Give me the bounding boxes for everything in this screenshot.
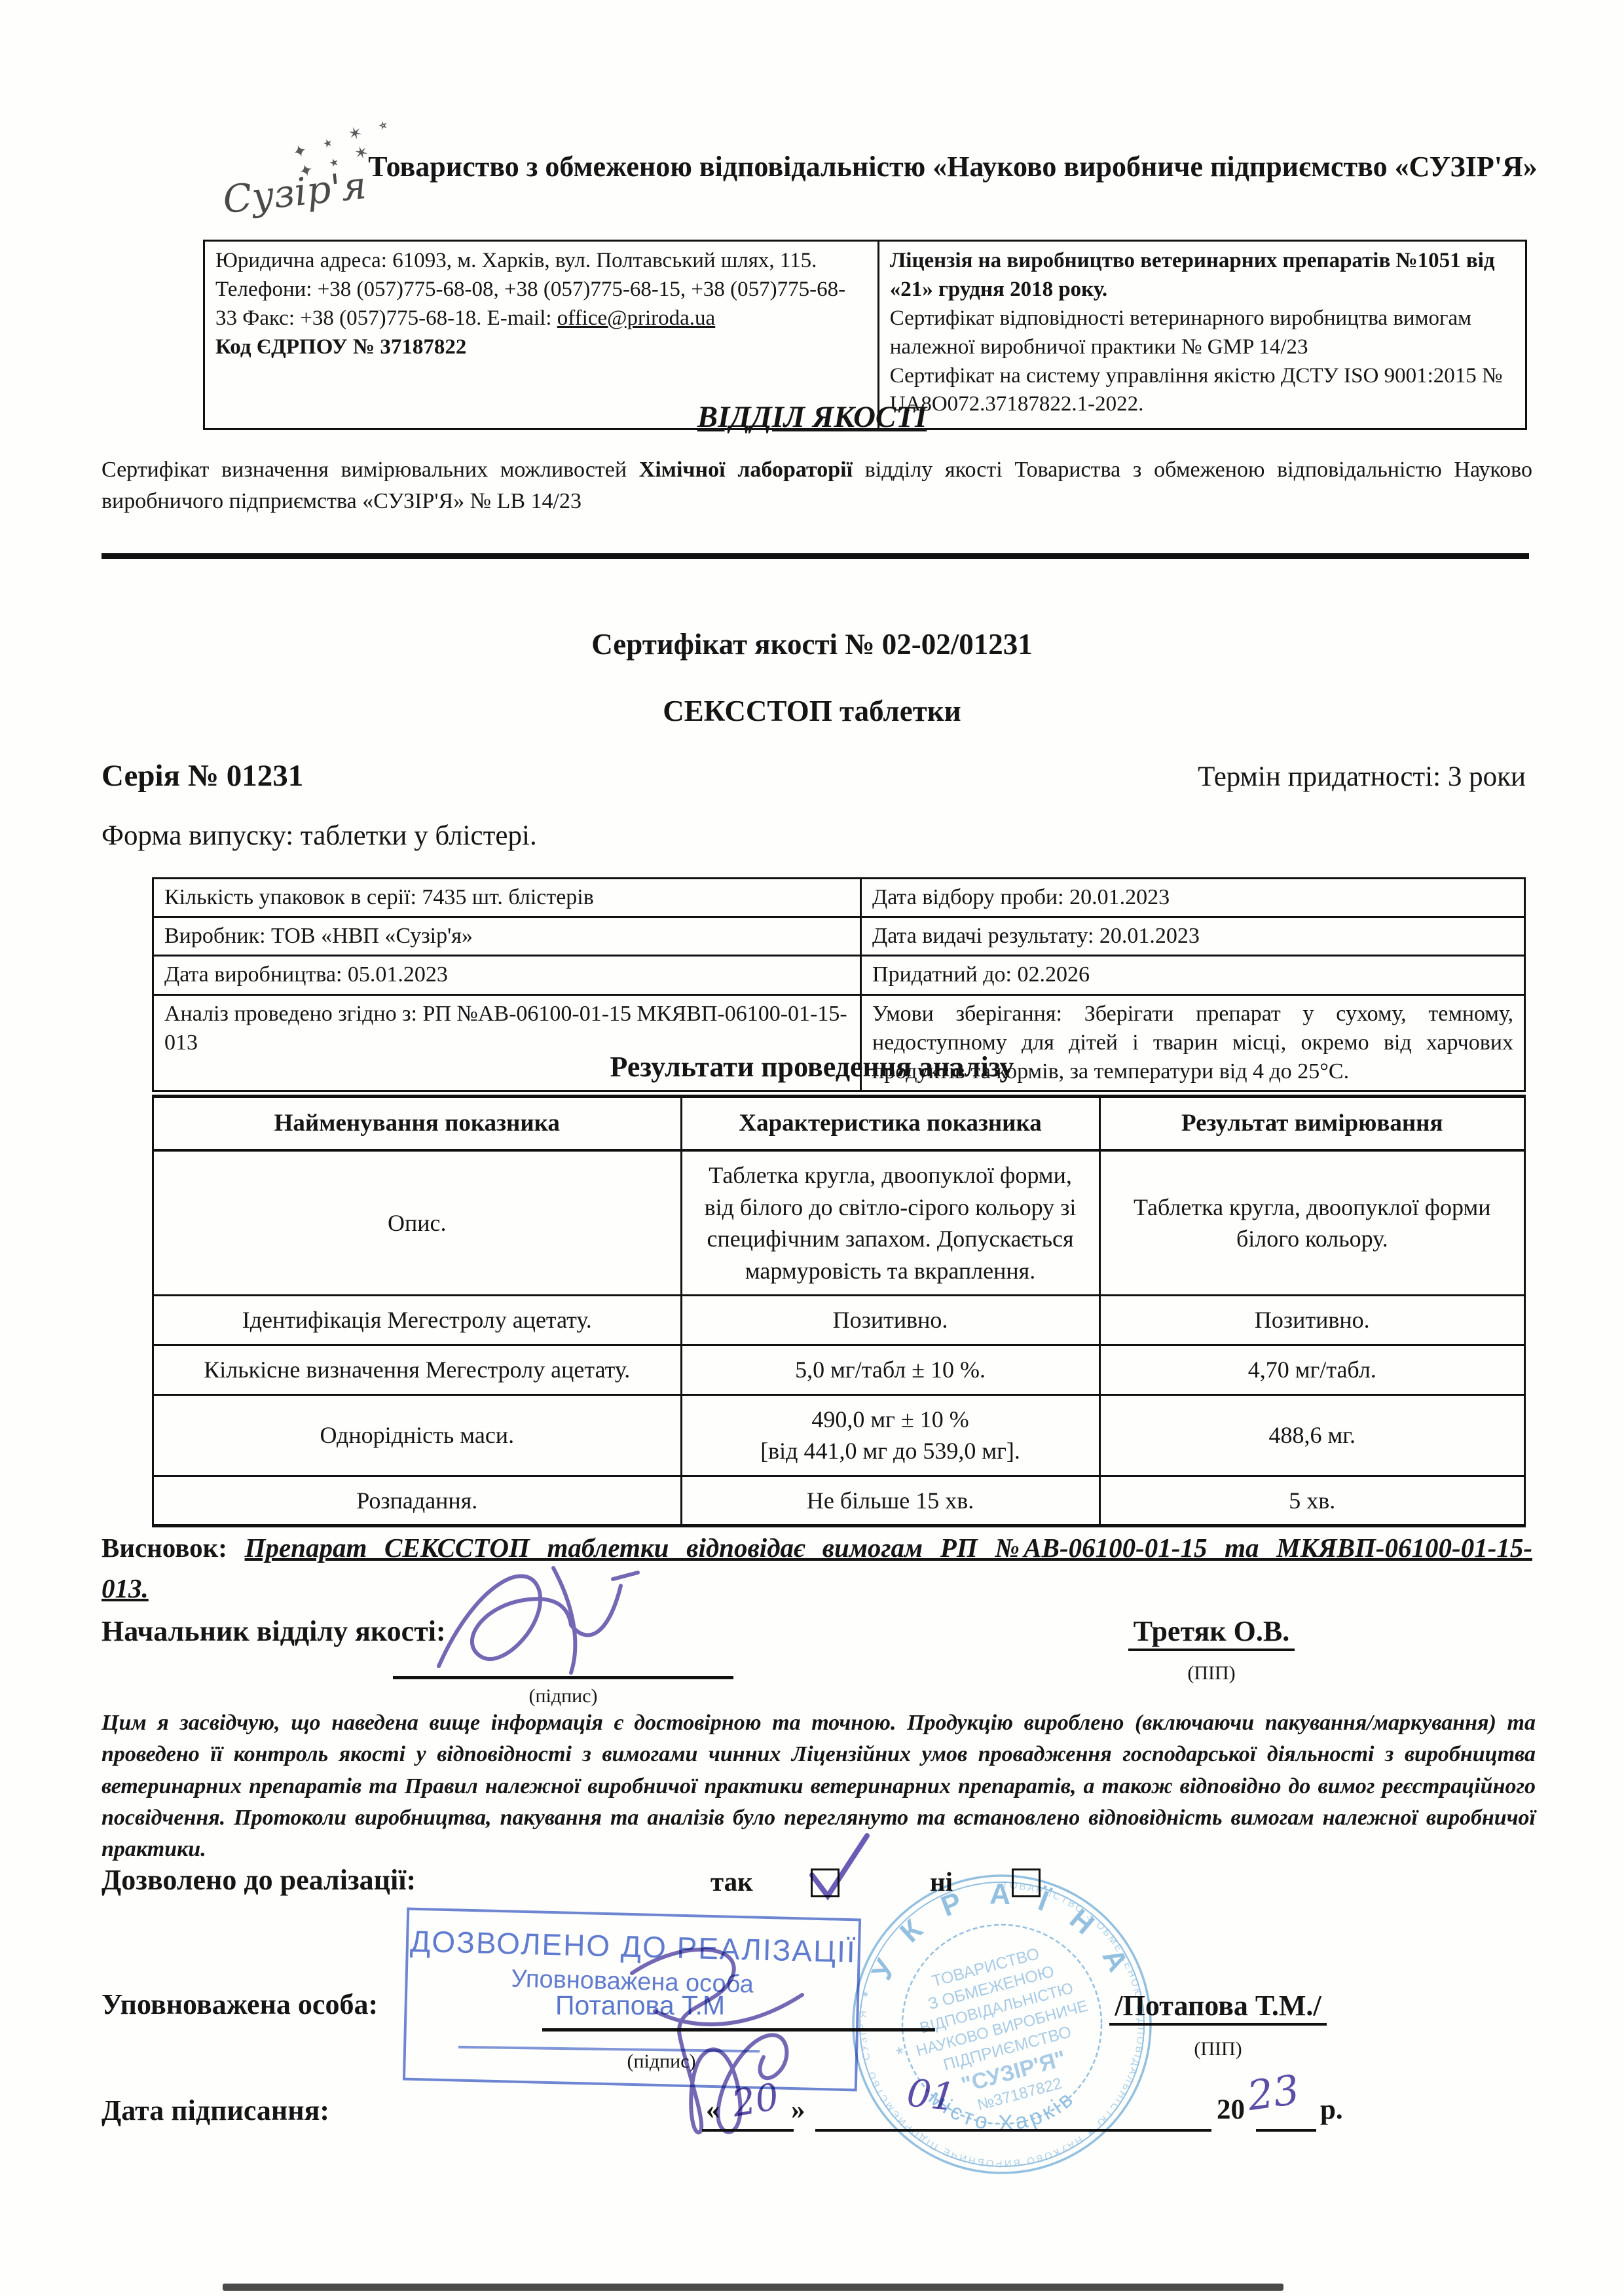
identification-spec: Позитивно. bbox=[681, 1296, 1099, 1345]
company-title: Товариство з обмеженою відповідальністю … bbox=[367, 148, 1539, 185]
sampling-date-cell: Дата відбору проби: 20.01.2023 bbox=[861, 879, 1525, 917]
disintegration-spec: Не більше 15 хв. bbox=[681, 1476, 1099, 1526]
day-underline bbox=[702, 2129, 794, 2132]
table-row: Кількість упаковок в серії: 7435 шт. блі… bbox=[153, 879, 1525, 917]
quote-open: « bbox=[706, 2094, 720, 2126]
table-row: Виробник: ТОВ «НВП «Сузір'я» Дата видачі… bbox=[153, 917, 1525, 956]
uniformity-spec-line1: 490,0 мг ± 10 % bbox=[694, 1404, 1087, 1436]
assay-spec: 5,0 мг/табл ± 10 %. bbox=[681, 1345, 1099, 1394]
lab-certificate-paragraph: Сертифікат визначення вимірювальних можл… bbox=[101, 454, 1532, 518]
description-spec: Таблетка кругла, двоопуклої форми, від б… bbox=[681, 1150, 1099, 1296]
release-yes-label: так bbox=[710, 1866, 753, 1897]
release-label: Дозволено до реалізації: bbox=[101, 1863, 416, 1897]
result-date-cell: Дата видачі результату: 20.01.2023 bbox=[861, 917, 1525, 956]
year-suffix: р. bbox=[1320, 2094, 1343, 2126]
signing-date-label: Дата підписання: bbox=[101, 2094, 329, 2127]
chief-signature bbox=[419, 1545, 642, 1696]
uniformity-spec-line2: [від 441,0 мг до 539,0 мг]. bbox=[694, 1435, 1087, 1467]
table-row: Опис. Таблетка кругла, двоопуклої форми,… bbox=[153, 1150, 1525, 1296]
table-header-row: Найменування показника Характеристика по… bbox=[153, 1097, 1525, 1150]
table-row: Однорідність маси. 490,0 мг ± 10 %[від 4… bbox=[153, 1394, 1525, 1476]
table-row: Дата виробництва: 05.01.2023 Придатний д… bbox=[153, 956, 1525, 994]
description-name: Опис. bbox=[153, 1150, 682, 1296]
quality-dept-title: ВІДДІЛ ЯКОСТІ bbox=[0, 399, 1624, 435]
manufacturer-cell: Виробник: ТОВ «НВП «Сузір'я» bbox=[153, 917, 861, 956]
license-text: Ліцензія на виробництво ветеринарних пре… bbox=[890, 247, 1515, 304]
release-form: Форма випуску: таблетки у блістері. bbox=[101, 820, 537, 852]
scan-edge-artifact bbox=[223, 2284, 1283, 2291]
assay-result: 4,70 мг/табл. bbox=[1099, 1345, 1524, 1394]
table-row: Розпадання. Не більше 15 хв. 5 хв. bbox=[153, 1476, 1525, 1526]
round-company-stamp: ТОВАРИСТВО З ОБМЕЖЕНОЮ ВІДПОВІДАЛЬНІСТЮ … bbox=[849, 1871, 1155, 2178]
chief-signature-line bbox=[393, 1676, 733, 1679]
logo-wordmark: Сузір'я bbox=[221, 163, 369, 223]
identification-name: Ідентифікація Мегестролу ацетату. bbox=[153, 1296, 682, 1345]
certificate-number-title: Сертифікат якості № 02-02/01231 bbox=[0, 627, 1624, 661]
uniformity-spec: 490,0 мг ± 10 %[від 441,0 мг до 539,0 мг… bbox=[681, 1394, 1099, 1476]
analysis-results-table: Найменування показника Характеристика по… bbox=[152, 1095, 1526, 1527]
lab-paragraph-bold: Хімічної лабораторії bbox=[639, 458, 853, 482]
chief-name: Третяк О.В. bbox=[1128, 1615, 1295, 1651]
lab-paragraph-pre: Сертифікат визначення вимірювальних можл… bbox=[101, 458, 639, 482]
packs-count-cell: Кількість упаковок в серії: 7435 шт. блі… bbox=[153, 879, 861, 917]
expiry-cell: Придатний до: 02.2026 bbox=[861, 956, 1525, 994]
assay-name: Кількісне визначення Мегестролу ацетату. bbox=[153, 1345, 682, 1394]
shelf-life: Термін придатності: 3 роки bbox=[1198, 761, 1526, 793]
column-header-name: Найменування показника bbox=[153, 1097, 682, 1150]
year-underline bbox=[1256, 2129, 1316, 2132]
chief-name-block: Третяк О.В. (ПІП) bbox=[1074, 1614, 1349, 1685]
quote-close: » bbox=[791, 2094, 805, 2126]
column-header-spec: Характеристика показника bbox=[681, 1097, 1099, 1150]
conclusion-paragraph: Висновок: Препарат СЕКССТОП таблетки від… bbox=[101, 1528, 1532, 1609]
uniformity-result: 488,6 мг. bbox=[1099, 1394, 1524, 1476]
year-printed: 20 bbox=[1217, 2094, 1245, 2126]
edrpou-code: Код ЄДРПОУ № 37187822 bbox=[215, 333, 867, 362]
gmp-certificate-text: Сертифікат відповідності ветеринарного в… bbox=[890, 304, 1515, 362]
chief-name-caption: (ПІП) bbox=[1074, 1662, 1349, 1685]
table-row: Ідентифікація Мегестролу ацетату. Позити… bbox=[153, 1296, 1525, 1345]
conclusion-label: Висновок: bbox=[101, 1533, 227, 1563]
handwritten-year: 23 bbox=[1244, 2066, 1302, 2120]
email-link: office@priroda.ua bbox=[557, 306, 715, 330]
identification-result: Позитивно. bbox=[1099, 1296, 1524, 1345]
disintegration-result: 5 хв. bbox=[1099, 1476, 1524, 1526]
disintegration-name: Розпадання. bbox=[153, 1476, 682, 1526]
chief-label: Начальник відділу якості: bbox=[101, 1614, 446, 1648]
authorized-label: Уповноважена особа: bbox=[101, 1988, 378, 2021]
column-header-result: Результат вимірювання bbox=[1099, 1097, 1524, 1150]
table-row: Кількісне визначення Мегестролу ацетату.… bbox=[153, 1345, 1525, 1394]
production-date-cell: Дата виробництва: 05.01.2023 bbox=[153, 956, 861, 994]
results-title: Результати проведення аналізу bbox=[0, 1050, 1624, 1084]
handwritten-day: 20 bbox=[729, 2075, 782, 2125]
product-name: СЕКССТОП таблетки bbox=[0, 694, 1624, 728]
address-phones: Юридична адреса: 61093, м. Харків, вул. … bbox=[215, 249, 845, 330]
address-phones-text: Юридична адреса: 61093, м. Харків, вул. … bbox=[215, 247, 867, 333]
certificate-document-page: ✦ ⭑ ✶ ⭒ ✦ ⭑ ✶ Сузір'я Товариство з обмеж… bbox=[0, 0, 1624, 2296]
series-number: Серія № 01231 bbox=[101, 758, 303, 793]
description-result: Таблетка кругла, двоопуклої форми білого… bbox=[1099, 1150, 1524, 1296]
uniformity-name: Однорідність маси. bbox=[153, 1394, 682, 1476]
conclusion-text: Препарат СЕКССТОП таблетки відповідає ви… bbox=[101, 1533, 1532, 1603]
chief-signature-caption: (підпис) bbox=[393, 1685, 733, 1707]
section-divider bbox=[101, 553, 1529, 559]
